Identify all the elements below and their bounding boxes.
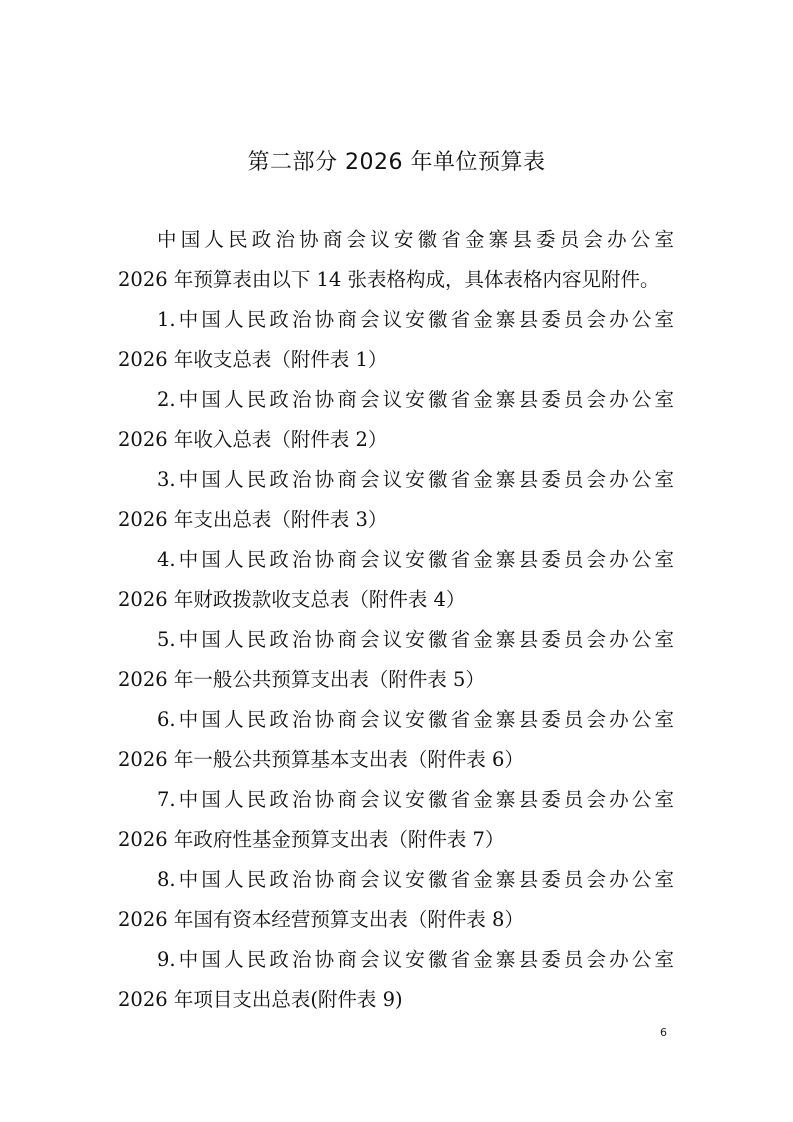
list-item-line-2: 2026 年收入总表（附件表 2）	[118, 420, 674, 460]
list-item: 6.中国人民政治协商会议安徽省金寨县委员会办公室 2026 年一般公共预算基本支…	[118, 700, 674, 780]
intro-line-1: 中国人民政治协商会议安徽省金寨县委员会办公室	[118, 220, 674, 260]
list-item-line-2: 2026 年财政拨款收支总表（附件表 4）	[118, 580, 674, 620]
list-item: 2.中国人民政治协商会议安徽省金寨县委员会办公室 2026 年收入总表（附件表 …	[118, 380, 674, 460]
section-title: 第二部分 2026 年单位预算表	[0, 146, 793, 180]
page-number: 6	[660, 1026, 667, 1039]
list-item-line-1: 4.中国人民政治协商会议安徽省金寨县委员会办公室	[118, 540, 674, 580]
document-body: 中国人民政治协商会议安徽省金寨县委员会办公室 2026 年预算表由以下 14 张…	[118, 220, 674, 1020]
list-item-line-1: 9.中国人民政治协商会议安徽省金寨县委员会办公室	[118, 940, 674, 980]
list-item-line-2: 2026 年一般公共预算支出表（附件表 5）	[118, 660, 674, 700]
list-item-line-1: 3.中国人民政治协商会议安徽省金寨县委员会办公室	[118, 460, 674, 500]
list-item-line-2: 2026 年项目支出总表(附件表 9)	[118, 980, 674, 1020]
document-page: 第二部分 2026 年单位预算表 中国人民政治协商会议安徽省金寨县委员会办公室 …	[0, 0, 793, 1122]
list-item-line-2: 2026 年政府性基金预算支出表（附件表 7）	[118, 820, 674, 860]
list-item-line-1: 2.中国人民政治协商会议安徽省金寨县委员会办公室	[118, 380, 674, 420]
list-item-line-1: 8.中国人民政治协商会议安徽省金寨县委员会办公室	[118, 860, 674, 900]
list-item-line-1: 5.中国人民政治协商会议安徽省金寨县委员会办公室	[118, 620, 674, 660]
list-item: 3.中国人民政治协商会议安徽省金寨县委员会办公室 2026 年支出总表（附件表 …	[118, 460, 674, 540]
list-item-line-1: 6.中国人民政治协商会议安徽省金寨县委员会办公室	[118, 700, 674, 740]
list-item: 4.中国人民政治协商会议安徽省金寨县委员会办公室 2026 年财政拨款收支总表（…	[118, 540, 674, 620]
list-item: 9.中国人民政治协商会议安徽省金寨县委员会办公室 2026 年项目支出总表(附件…	[118, 940, 674, 1020]
intro-line-2: 2026 年预算表由以下 14 张表格构成，具体表格内容见附件。	[118, 260, 674, 300]
list-item-line-2: 2026 年一般公共预算基本支出表（附件表 6）	[118, 740, 674, 780]
list-item: 8.中国人民政治协商会议安徽省金寨县委员会办公室 2026 年国有资本经营预算支…	[118, 860, 674, 940]
list-item: 7.中国人民政治协商会议安徽省金寨县委员会办公室 2026 年政府性基金预算支出…	[118, 780, 674, 860]
list-item-line-1: 1.中国人民政治协商会议安徽省金寨县委员会办公室	[118, 300, 674, 340]
list-item-line-2: 2026 年收支总表（附件表 1）	[118, 340, 674, 380]
list-item-line-2: 2026 年支出总表（附件表 3）	[118, 500, 674, 540]
intro-paragraph: 中国人民政治协商会议安徽省金寨县委员会办公室 2026 年预算表由以下 14 张…	[118, 220, 674, 300]
list-item: 5.中国人民政治协商会议安徽省金寨县委员会办公室 2026 年一般公共预算支出表…	[118, 620, 674, 700]
list-item-line-2: 2026 年国有资本经营预算支出表（附件表 8）	[118, 900, 674, 940]
list-item-line-1: 7.中国人民政治协商会议安徽省金寨县委员会办公室	[118, 780, 674, 820]
list-item: 1.中国人民政治协商会议安徽省金寨县委员会办公室 2026 年收支总表（附件表 …	[118, 300, 674, 380]
